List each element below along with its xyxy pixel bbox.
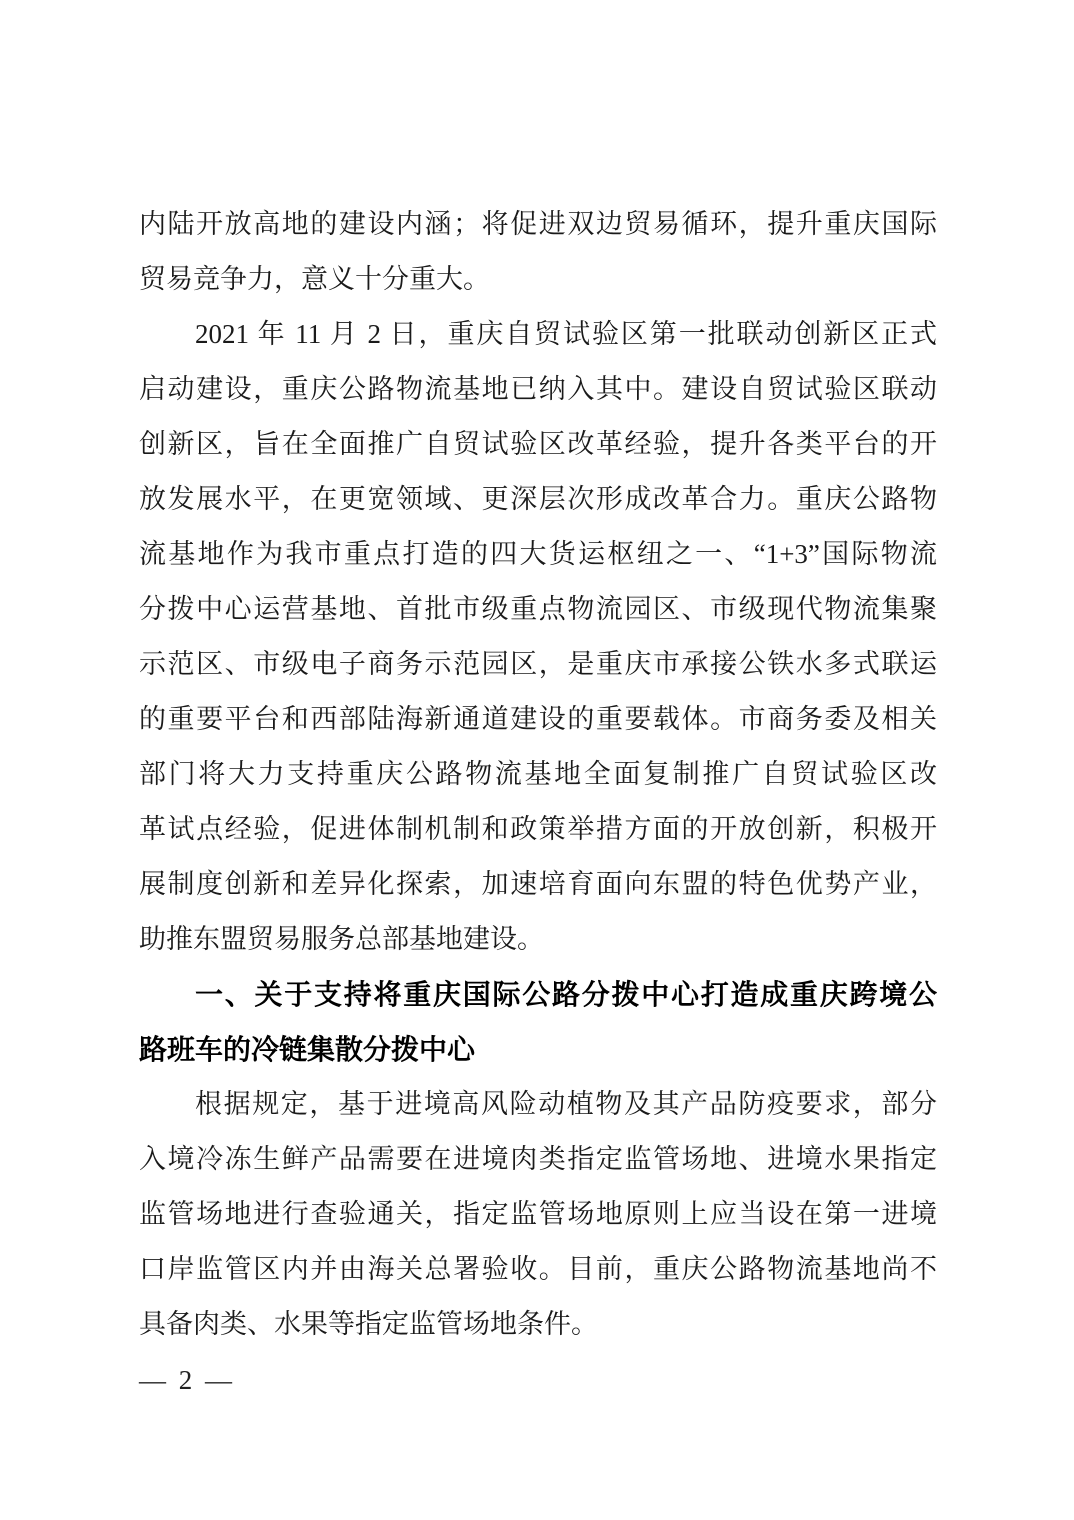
- text-line: 助推东盟贸易服务总部基地建设。: [139, 912, 937, 967]
- document-page: 内陆开放高地的建设内涵；将促进双边贸易循环，提升重庆国际 贸易竞争力，意义十分重…: [0, 0, 1074, 1520]
- text-line: 革试点经验，促进体制机制和政策举措方面的开放创新，积极开: [139, 802, 937, 857]
- text-line: 2021 年 11 月 2 日，重庆自贸试验区第一批联动创新区正式: [139, 307, 937, 362]
- section-heading-line: 一、关于支持将重庆国际公路分拨中心打造成重庆跨境公: [139, 967, 937, 1022]
- text-line: 根据规定，基于进境高风险动植物及其产品防疫要求，部分: [139, 1077, 937, 1132]
- text-line: 启动建设，重庆公路物流基地已纳入其中。建设自贸试验区联动: [139, 362, 937, 417]
- text-line: 示范区、市级电子商务示范园区，是重庆市承接公铁水多式联运: [139, 637, 937, 692]
- text-content: 内陆开放高地的建设内涵；将促进双边贸易循环，提升重庆国际 贸易竞争力，意义十分重…: [139, 197, 937, 1352]
- text-line: 的重要平台和西部陆海新通道建设的重要载体。市商务委及相关: [139, 692, 937, 747]
- text-line: 口岸监管区内并由海关总署验收。目前，重庆公路物流基地尚不: [139, 1242, 937, 1297]
- text-line: 内陆开放高地的建设内涵；将促进双边贸易循环，提升重庆国际: [139, 197, 937, 252]
- text-line: 放发展水平，在更宽领域、更深层次形成改革合力。重庆公路物: [139, 472, 937, 527]
- text-line: 部门将大力支持重庆公路物流基地全面复制推广自贸试验区改: [139, 747, 937, 802]
- text-line: 展制度创新和差异化探索，加速培育面向东盟的特色优势产业，: [139, 857, 937, 912]
- page-number: — 2 —: [139, 1360, 235, 1400]
- text-line: 具备肉类、水果等指定监管场地条件。: [139, 1297, 937, 1352]
- text-line: 流基地作为我市重点打造的四大货运枢纽之一、“1+3”国际物流: [139, 527, 937, 582]
- text-line: 入境冷冻生鲜产品需要在进境肉类指定监管场地、进境水果指定: [139, 1132, 937, 1187]
- text-line: 分拨中心运营基地、首批市级重点物流园区、市级现代物流集聚: [139, 582, 937, 637]
- text-line: 监管场地进行查验通关，指定监管场地原则上应当设在第一进境: [139, 1187, 937, 1242]
- text-line: 贸易竞争力，意义十分重大。: [139, 252, 937, 307]
- text-line: 创新区，旨在全面推广自贸试验区改革经验，提升各类平台的开: [139, 417, 937, 472]
- section-heading-line: 路班车的冷链集散分拨中心: [139, 1022, 937, 1077]
